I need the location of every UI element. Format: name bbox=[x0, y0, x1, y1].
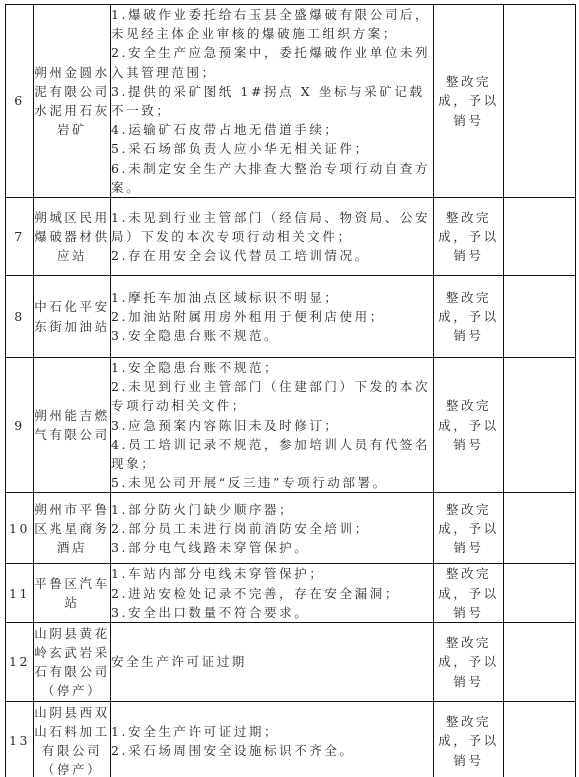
table-row: 11 平鲁区汽车站 1.车站内部分电线未穿管保护；2.进站安检处记录不完善，存在… bbox=[6, 564, 576, 623]
issue-item: 2.部分员工未进行岗前消防安全培训； bbox=[111, 519, 433, 538]
rectification-status: 整改完成，予以销号 bbox=[434, 5, 504, 198]
issue-item: 1.安全生产许可证过期； bbox=[111, 722, 433, 741]
remarks bbox=[504, 276, 576, 358]
row-number: 12 bbox=[6, 623, 34, 702]
table-row: 8 中石化平安东街加油站 1.摩托车加油点区域标识不明显；2.加油站附属用房外租… bbox=[6, 276, 576, 358]
remarks bbox=[504, 493, 576, 564]
remarks bbox=[504, 623, 576, 702]
rectification-status: 整改完成，予以销号 bbox=[434, 198, 504, 276]
issue-item: 5.采石场部负责人应小华无相关证件； bbox=[111, 139, 433, 158]
issues-list: 1.摩托车加油点区域标识不明显；2.加油站附属用房外租用于便利店使用；3.安全隐… bbox=[111, 276, 434, 358]
issue-item: 安全生产许可证过期 bbox=[111, 652, 433, 671]
rectification-status: 整改完成，予以销号 bbox=[434, 702, 504, 777]
rectification-status: 整改完成，予以销号 bbox=[434, 358, 504, 493]
issue-item: 2.安全生产应急预案中，委托爆破作业单位未列入其管理范围； bbox=[111, 43, 433, 81]
row-number: 7 bbox=[6, 198, 34, 276]
issue-item: 1.摩托车加油点区域标识不明显； bbox=[111, 288, 433, 307]
issue-item: 6.未制定安全生产大排查大整治专项行动自查方案。 bbox=[111, 159, 433, 197]
unit-name: 山阴县西双山石料加工有限公司（停产） bbox=[34, 702, 111, 777]
issue-item: 3.安全隐患台账不规范。 bbox=[111, 326, 433, 345]
row-number: 13 bbox=[6, 702, 34, 777]
issue-item: 4.运输矿石皮带占地无借道手续； bbox=[111, 120, 433, 139]
remarks bbox=[504, 564, 576, 623]
remarks bbox=[504, 5, 576, 198]
table-row: 7 朔城区民用爆破器材供应站 1.未见到行业主管部门（经信局、物资局、公安局）下… bbox=[6, 198, 576, 276]
unit-name: 朔城区民用爆破器材供应站 bbox=[34, 198, 111, 276]
remarks bbox=[504, 198, 576, 276]
issues-list: 1.未见到行业主管部门（经信局、物资局、公安局）下发的本次专项行动相关文件；2.… bbox=[111, 198, 434, 276]
row-number: 10 bbox=[6, 493, 34, 564]
table-row: 9 朔州能吉燃气有限公司 1.安全隐患台账不规范；2.未见到行业主管部门（住建部… bbox=[6, 358, 576, 493]
rectification-status: 整改完成，予以销号 bbox=[434, 493, 504, 564]
issue-item: 1.爆破作业委托给右玉县全盛爆破有限公司后，未见经主体企业审核的爆破施工组织方案… bbox=[111, 5, 433, 43]
issues-list: 1.部分防火门缺少顺序器；2.部分员工未进行岗前消防安全培训；3.部分电气线路未… bbox=[111, 493, 434, 564]
inspection-results-table: 6 朔州金圆水泥有限公司水泥用石灰岩矿 1.爆破作业委托给右玉县全盛爆破有限公司… bbox=[5, 4, 576, 777]
row-number: 8 bbox=[6, 276, 34, 358]
rectification-status: 整改完成，予以销号 bbox=[434, 564, 504, 623]
table-body: 6 朔州金圆水泥有限公司水泥用石灰岩矿 1.爆破作业委托给右玉县全盛爆破有限公司… bbox=[6, 5, 576, 777]
issue-item: 3.安全出口数量不符合要求。 bbox=[111, 603, 433, 622]
issue-item: 4.员工培训记录不规范，参加培训人员有代签名现象； bbox=[111, 435, 433, 473]
unit-name: 山阴县黄花岭玄武岩采石有限公司（停产） bbox=[34, 623, 111, 702]
issue-item: 5.未见公司开展“反三违”专项行动部署。 bbox=[111, 473, 433, 492]
issues-list: 1.车站内部分电线未穿管保护；2.进站安检处记录不完善，存在安全漏洞；3.安全出… bbox=[111, 564, 434, 623]
issue-item: 3.应急预案内容陈旧未及时修订； bbox=[111, 416, 433, 435]
remarks bbox=[504, 702, 576, 777]
issues-list: 1.安全隐患台账不规范；2.未见到行业主管部门（住建部门）下发的本次专项行动相关… bbox=[111, 358, 434, 493]
table-row: 10 朔州市平鲁区兆星商务酒店 1.部分防火门缺少顺序器；2.部分员工未进行岗前… bbox=[6, 493, 576, 564]
table-row: 12 山阴县黄花岭玄武岩采石有限公司（停产） 安全生产许可证过期 整改完成，予以… bbox=[6, 623, 576, 702]
row-number: 6 bbox=[6, 5, 34, 198]
table-row: 6 朔州金圆水泥有限公司水泥用石灰岩矿 1.爆破作业委托给右玉县全盛爆破有限公司… bbox=[6, 5, 576, 198]
table-row: 13 山阴县西双山石料加工有限公司（停产） 1.安全生产许可证过期；2.采石场周… bbox=[6, 702, 576, 777]
remarks bbox=[504, 358, 576, 493]
issue-item: 2.加油站附属用房外租用于便利店使用； bbox=[111, 307, 433, 326]
rectification-status: 整改完成，予以销号 bbox=[434, 276, 504, 358]
issue-item: 2.未见到行业主管部门（住建部门）下发的本次专项行动相关文件； bbox=[111, 377, 433, 415]
unit-name: 朔州金圆水泥有限公司水泥用石灰岩矿 bbox=[34, 5, 111, 198]
issue-item: 3.提供的采矿图纸 1#拐点 X 坐标与采矿记载不一致； bbox=[111, 82, 433, 120]
row-number: 9 bbox=[6, 358, 34, 493]
issue-item: 1.车站内部分电线未穿管保护； bbox=[111, 564, 433, 583]
rectification-status: 整改完成，予以销号 bbox=[434, 623, 504, 702]
issue-item: 2.存在用安全会议代替员工培训情况。 bbox=[111, 246, 433, 265]
unit-name: 朔州市平鲁区兆星商务酒店 bbox=[34, 493, 111, 564]
issue-item: 1.安全隐患台账不规范； bbox=[111, 358, 433, 377]
unit-name: 朔州能吉燃气有限公司 bbox=[34, 358, 111, 493]
issue-item: 3.部分电气线路未穿管保护。 bbox=[111, 538, 433, 557]
issue-item: 2.进站安检处记录不完善，存在安全漏洞； bbox=[111, 584, 433, 603]
issue-item: 1.未见到行业主管部门（经信局、物资局、公安局）下发的本次专项行动相关文件； bbox=[111, 208, 433, 246]
issues-list: 1.爆破作业委托给右玉县全盛爆破有限公司后，未见经主体企业审核的爆破施工组织方案… bbox=[111, 5, 434, 198]
row-number: 11 bbox=[6, 564, 34, 623]
issues-list: 1.安全生产许可证过期；2.采石场周围安全设施标识不齐全。 bbox=[111, 702, 434, 777]
issue-item: 1.部分防火门缺少顺序器； bbox=[111, 500, 433, 519]
unit-name: 平鲁区汽车站 bbox=[34, 564, 111, 623]
unit-name: 中石化平安东街加油站 bbox=[34, 276, 111, 358]
issues-list: 安全生产许可证过期 bbox=[111, 623, 434, 702]
issue-item: 2.采石场周围安全设施标识不齐全。 bbox=[111, 741, 433, 760]
